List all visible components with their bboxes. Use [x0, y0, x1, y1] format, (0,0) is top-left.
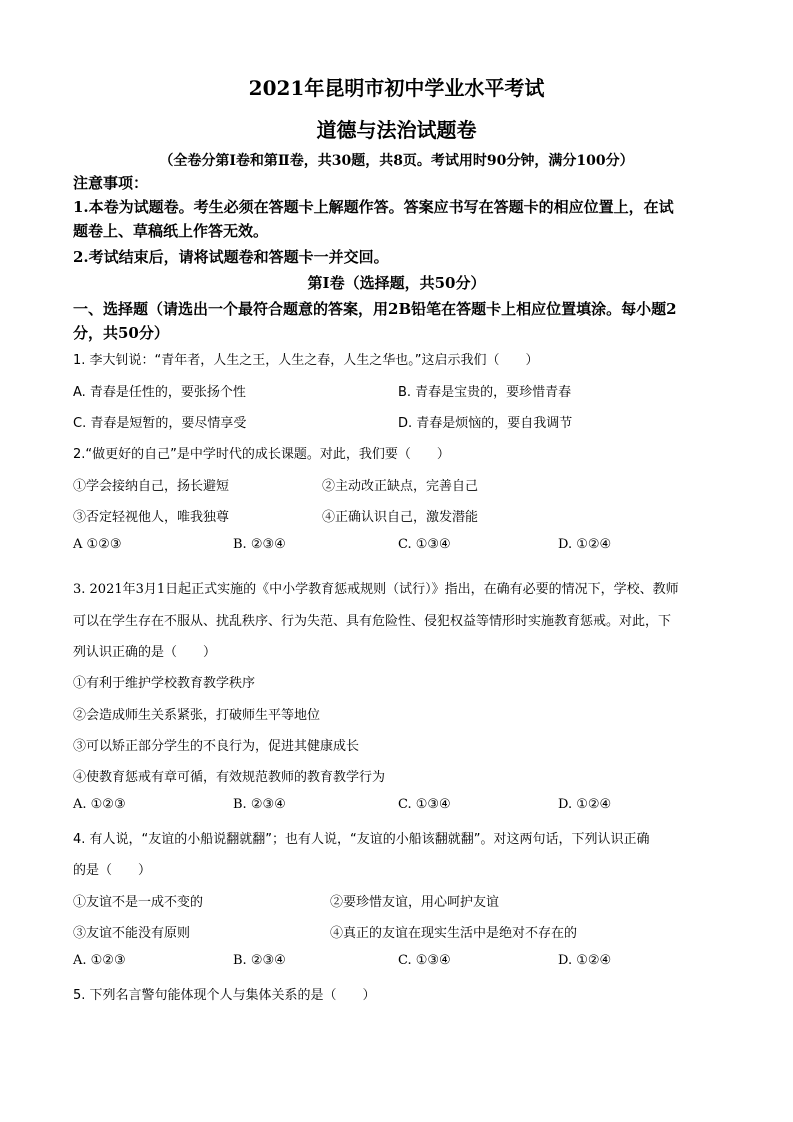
question-1-stem: 1. 李大钊说：“青年者，人生之王，人生之春，人生之华也。”这启示我们（ ）	[73, 349, 539, 368]
question-1-option-c: C. 青春是短暂的，要尽情享受	[73, 412, 246, 431]
question-2-option-a: A ①②③	[73, 537, 121, 552]
question-4-option-c: C. ①③④	[398, 953, 451, 968]
question-3-stem-line-1: 3. 2021年3月1日起正式实施的《中小学教育惩戒规则（试行）》指出，在确有必…	[73, 578, 679, 597]
question-3-stem-line-3: 列认识正确的是（ ）	[73, 641, 216, 660]
section-instructions-line-2: 分，共50分）	[73, 322, 169, 343]
question-1-option-a: A. 青春是任性的，要张扬个性	[73, 381, 246, 400]
note-2: 2.考试结束后，请将试题卷和答题卡一并交回。	[73, 246, 389, 267]
section-title: 第Ⅰ卷（选择题，共50分）	[0, 272, 793, 293]
question-3-option-a: A. ①②③	[73, 797, 126, 812]
notes-heading: 注意事项：	[73, 172, 148, 193]
question-4-item-1: ①友谊不是一成不变的	[73, 891, 203, 910]
question-2-item-3: ③否定轻视他人，唯我独尊	[73, 506, 229, 525]
question-3-option-d: D. ①②④	[558, 797, 611, 812]
exam-subject: 道德与法治试题卷	[0, 114, 793, 143]
question-3-item-4: ④使教育惩戒有章可循，有效规范教师的教育教学行为	[73, 766, 385, 785]
question-4-option-b: B. ②③④	[233, 953, 286, 968]
question-4-item-2: ②要珍惜友谊，用心呵护友谊	[330, 891, 499, 910]
question-2-stem: 2.“做更好的自己”是中学时代的成长课题。对此，我们要（ ）	[73, 443, 450, 462]
note-1-line-2: 题卷上、草稿纸上作答无效。	[73, 220, 268, 241]
question-3-option-b: B. ②③④	[233, 797, 286, 812]
exam-title: 2021年昆明市初中学业水平考试	[0, 72, 793, 101]
question-1-option-d: D. 青春是烦恼的，要自我调节	[398, 412, 572, 431]
section-instructions-line-1: 一、选择题（请选出一个最符合题意的答案，用2B铅笔在答题卡上相应位置填涂。每小题…	[73, 298, 677, 319]
question-4-option-a: A. ①②③	[73, 953, 126, 968]
question-3-option-c: C. ①③④	[398, 797, 451, 812]
question-4-item-3: ③友谊不能没有原则	[73, 922, 190, 941]
note-1-line-1: 1.本卷为试题卷。考生必须在答题卡上解题作答。答案应书写在答题卡的相应位置上，在…	[73, 196, 674, 217]
question-4-stem-line-2: 的是（ ）	[73, 859, 151, 878]
question-3-item-2: ②会造成师生关系紧张，打破师生平等地位	[73, 704, 320, 723]
question-2-item-1: ①学会接纳自己，扬长避短	[73, 475, 229, 494]
question-3-item-3: ③可以矫正部分学生的不良行为，促进其健康成长	[73, 735, 359, 754]
question-4-item-4: ④真正的友谊在现实生活中是绝对不存在的	[330, 922, 577, 941]
question-4-stem-line-1: 4. 有人说，“友谊的小船说翻就翻”；也有人说，“友谊的小船该翻就翻”。对这两句…	[73, 828, 649, 847]
question-2-item-4: ④正确认识自己，激发潜能	[322, 506, 478, 525]
question-2-option-d: D. ①②④	[558, 537, 611, 552]
question-4-option-d: D. ①②④	[558, 953, 611, 968]
question-1-option-b: B. 青春是宝贵的，要珍惜青春	[398, 381, 571, 400]
question-3-item-1: ①有利于维护学校教育教学秩序	[73, 672, 255, 691]
question-3-stem-line-2: 可以在学生存在不服从、扰乱秩序、行为失范、具有危险性、侵犯权益等情形时实施教育惩…	[73, 610, 671, 629]
question-2-option-c: C. ①③④	[398, 537, 451, 552]
exam-info: （全卷分第Ⅰ卷和第Ⅱ卷，共30题，共8页。考试用时90分钟，满分100分）	[0, 150, 793, 170]
question-5-stem: 5. 下列名言警句能体现个人与集体关系的是（ ）	[73, 984, 376, 1003]
question-2-option-b: B. ②③④	[233, 537, 286, 552]
question-2-item-2: ②主动改正缺点，完善自己	[322, 475, 478, 494]
